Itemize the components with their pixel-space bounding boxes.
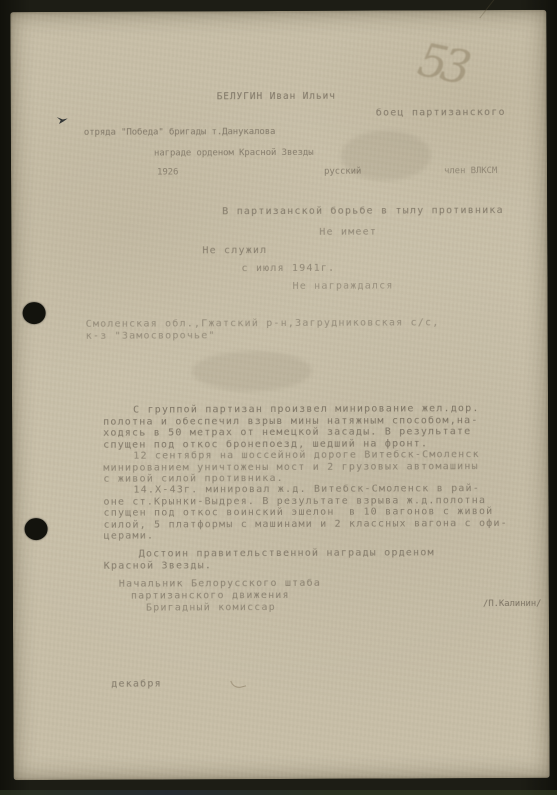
citation-line: 12 сентября на шоссейной дороге Витебск-… [103, 449, 480, 462]
signatory-title-line2: партизанского движения [131, 590, 290, 602]
recommendation-line: Красной Звезды. [104, 559, 435, 572]
citation-line: силой, 5 платформы с машинами и 2 классн… [104, 518, 508, 531]
recommendation-line: Достоин правительственной награды ордено… [104, 547, 435, 560]
citation-line: С группой партизан произвел минирование … [103, 403, 480, 416]
ink-check-mark [57, 116, 68, 124]
paper-sheet: 53 БЕЛУГИН Иван Ильич боец партизанского… [10, 10, 549, 780]
citation-paragraph-2: 12 сентября на шоссейной дороге Витебск-… [103, 449, 480, 485]
home-address-line2: к-з "Замосворочье" [86, 330, 216, 342]
punch-hole-bottom [25, 518, 48, 540]
army-service-line: Не служил [202, 245, 267, 256]
recipient-role-line1: боец партизанского [376, 107, 506, 119]
scan-edge-artifact [0, 790, 557, 795]
birth-year: 1926 [157, 167, 178, 178]
date-line: декабря [111, 679, 162, 690]
partisan-service-line: В партизанской борьбе в тылу противника [222, 205, 504, 217]
corner-fold-crease [479, 0, 548, 55]
home-address-line1: Смоленская обл.,Гжатский р-н,Загрудников… [86, 317, 440, 330]
party-membership: член ВЛКСМ [444, 166, 497, 177]
citation-paragraph-3: 14.Х-43г. минировал ж.д. Витебск-Смоленс… [103, 483, 508, 542]
punch-hole-top [23, 302, 46, 324]
prior-awards-line: Не награждался [293, 281, 394, 292]
page-number-pencil: 53 [414, 32, 471, 94]
award-recommendation: Достоин правительственной награды ордено… [104, 547, 435, 571]
paper-smudge [192, 351, 312, 392]
award-line: награде орденом Красной Звезды [154, 148, 314, 160]
signatory-title-line1: Начальник Белорусского штаба [119, 578, 321, 590]
citation-line: минированием уничтожены мост и 2 грузовы… [103, 461, 480, 474]
recipient-role-line2: отряда "Победа" бригады т.Данукалова [84, 127, 276, 139]
wounds-line: Не имеет [319, 227, 377, 238]
pencil-mark [230, 678, 246, 690]
citation-paragraph-1: С группой партизан произвел минирование … [103, 403, 480, 451]
document-scan: 53 БЕЛУГИН Иван Ильич боец партизанского… [0, 0, 557, 795]
citation-line: ходясь в 50 метрах от немецкой засады. В… [103, 426, 480, 439]
recipient-name: БЕЛУГИН Иван Ильич [217, 91, 336, 103]
since-line: с июля 1941г. [241, 263, 335, 274]
signatory-rank: Бригадный комиссар [146, 602, 276, 614]
nationality: русский [324, 167, 361, 178]
citation-line: церами. [104, 529, 508, 542]
signatory-name: /П.Калинин/ [483, 599, 542, 610]
